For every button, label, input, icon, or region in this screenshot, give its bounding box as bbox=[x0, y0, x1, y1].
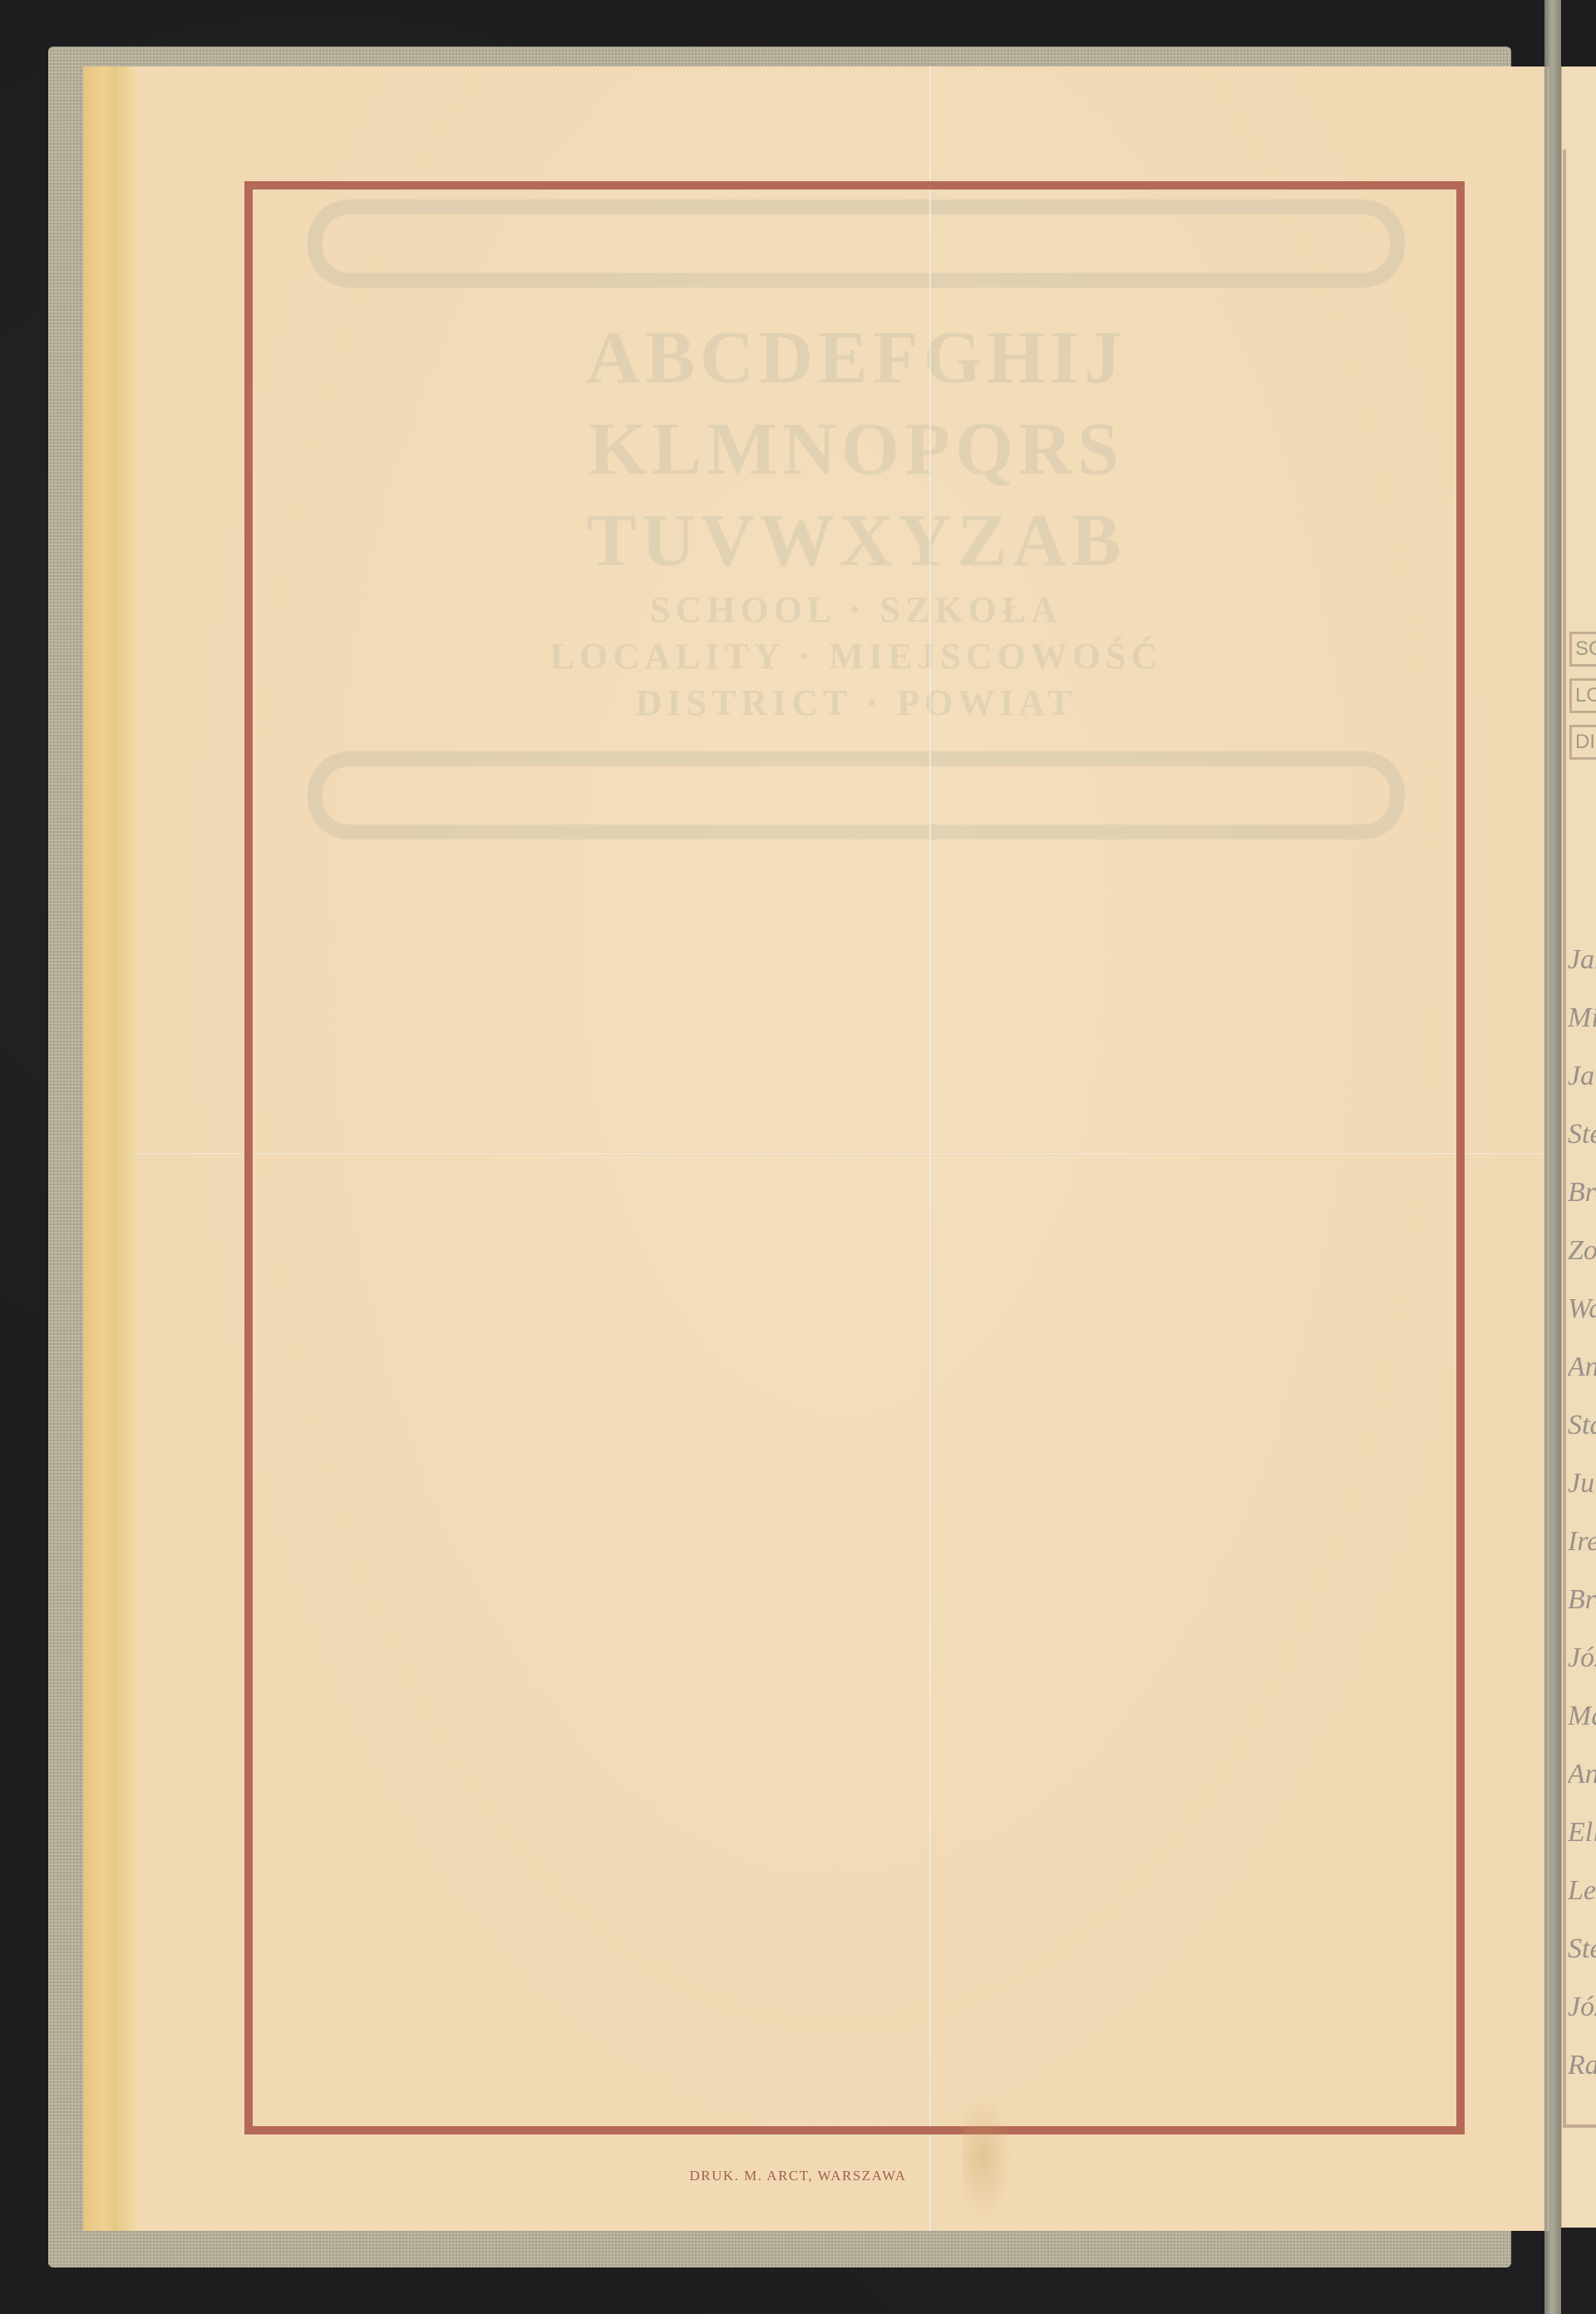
signature: Stan bbox=[1568, 1396, 1596, 1455]
signature: Julja bbox=[1568, 1455, 1596, 1513]
signature: Stefan bbox=[1568, 1920, 1596, 1978]
signature: Ste bbox=[1568, 1105, 1596, 1164]
adjacent-page-labels: SCHO SZKO LOCA MIEJ DIST POW bbox=[1569, 632, 1596, 771]
adjacent-label: DIST POW bbox=[1569, 725, 1596, 760]
signature: Ella bbox=[1568, 1804, 1596, 1862]
signature: Irena bbox=[1568, 1513, 1596, 1571]
signature: Ja bbox=[1568, 1047, 1596, 1105]
adjacent-label: SCHO SZKO bbox=[1569, 632, 1596, 667]
book-gutter bbox=[1544, 0, 1561, 2314]
signature: Bro bbox=[1568, 1571, 1596, 1629]
signature: Józef bbox=[1568, 1629, 1596, 1687]
page-block-edges bbox=[83, 66, 137, 2231]
adjacent-label: LOCA MIEJ bbox=[1569, 678, 1596, 713]
signature: Bron bbox=[1568, 1164, 1596, 1222]
signature: Rachela bbox=[1568, 2036, 1596, 2095]
signature: Walery bbox=[1568, 1280, 1596, 1338]
signature: Józefa bbox=[1568, 1978, 1596, 2036]
adjacent-page-signatures: Jan Mi Ja Ste Bron Zofja Walery Antoni S… bbox=[1568, 931, 1596, 2095]
signature: Jan bbox=[1568, 931, 1596, 989]
signature: Mi bbox=[1568, 989, 1596, 1047]
printed-border-frame bbox=[244, 181, 1465, 2134]
signature: Anna bbox=[1568, 1745, 1596, 1804]
signature: Leokadja bbox=[1568, 1862, 1596, 1920]
paper-stain bbox=[963, 2095, 1012, 2219]
printer-imprint: DRUK. M. ARCT, WARSZAWA bbox=[0, 2168, 1596, 2184]
signature: Marja bbox=[1568, 1687, 1596, 1745]
signature: Antoni bbox=[1568, 1338, 1596, 1396]
signature: Zofja bbox=[1568, 1222, 1596, 1280]
